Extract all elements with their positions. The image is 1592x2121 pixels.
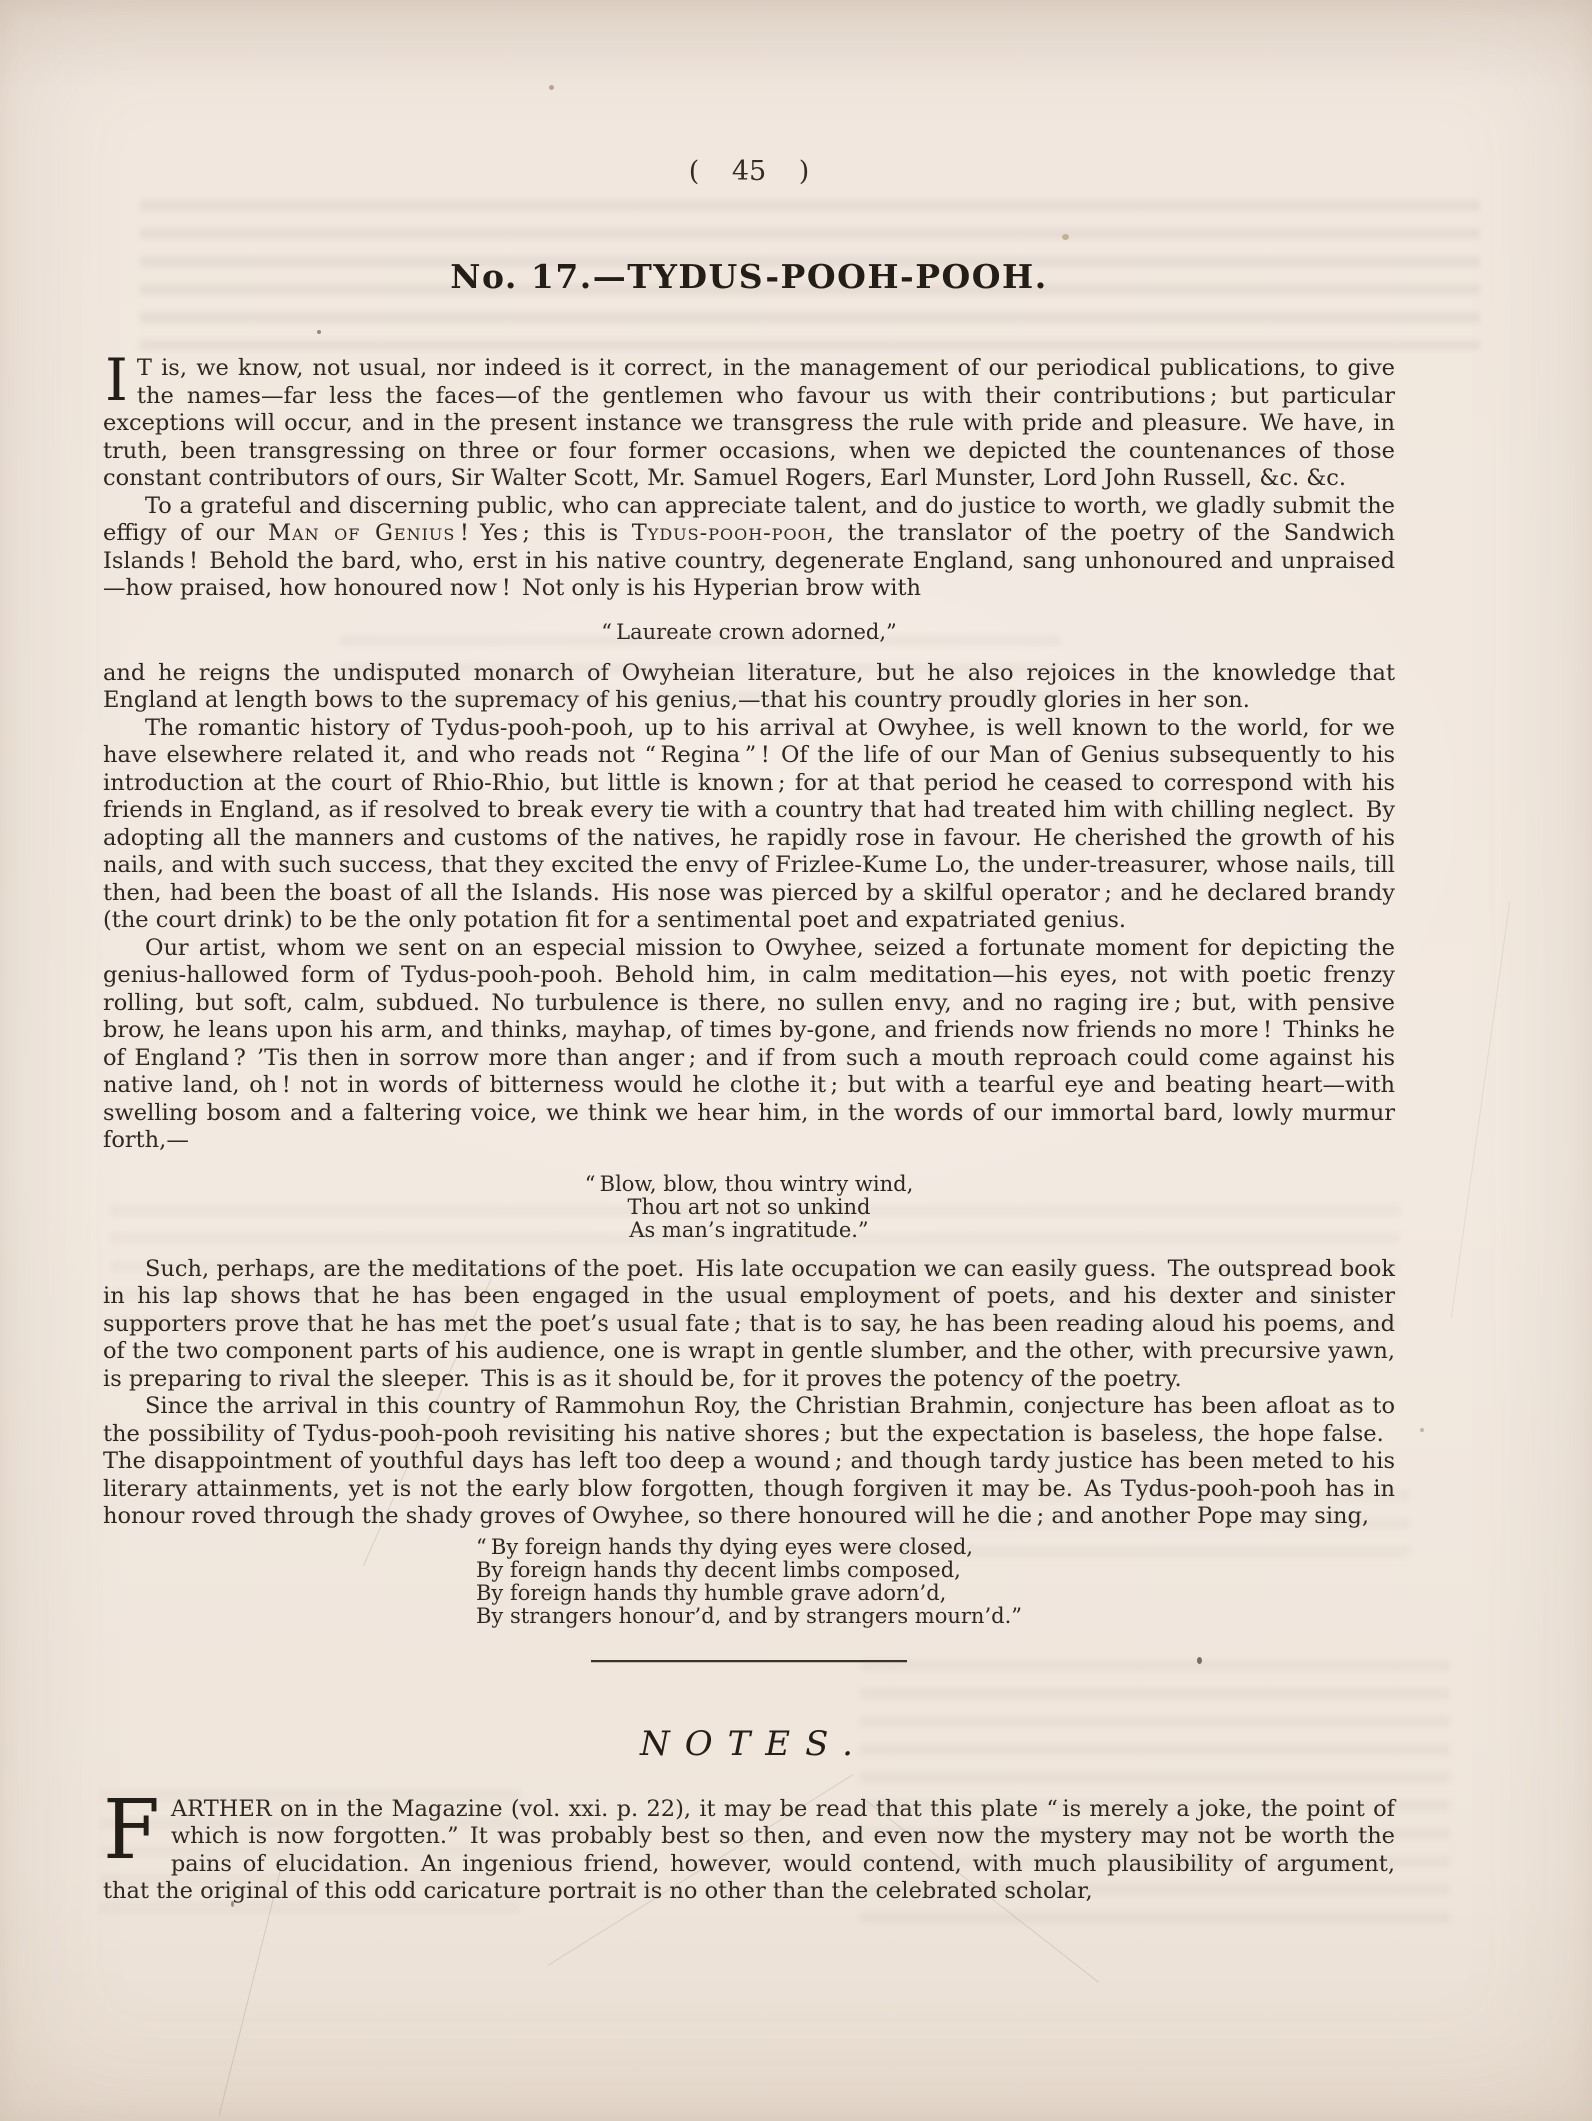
- quote-line: “ Blow, blow, thou wintry wind,: [103, 1173, 1395, 1196]
- fox-speck: [1420, 1428, 1424, 1432]
- printed-text-block: ( 45 ) No. 17.—TYDUS-POOH-POOH. IT is, w…: [103, 0, 1395, 1906]
- quote-block: “ By foreign hands thy dying eyes were c…: [476, 1536, 1022, 1628]
- paragraph-undisputed-monarch: and he reigns the undisputed monarch of …: [103, 660, 1395, 715]
- quote-laureate-crown: “ Laureate crown adorned,”: [103, 621, 1395, 644]
- paragraph-rammohun-roy: Since the arrival in this country of Ram…: [103, 1393, 1395, 1531]
- article-title: No. 17.—TYDUS-POOH-POOH.: [103, 257, 1395, 297]
- paragraph-notes: FARTHER on in the Magazine (vol. xxi. p.…: [103, 1796, 1395, 1906]
- paragraph-man-of-genius: To a grateful and discerning public, who…: [103, 493, 1395, 603]
- quote-blow-blow: “ Blow, blow, thou wintry wind, Thou art…: [103, 1173, 1395, 1242]
- quote-line: By foreign hands thy humble grave adorn’…: [476, 1582, 1022, 1605]
- quote-line: As man’s ingratitude.”: [103, 1219, 1395, 1242]
- paragraph-meditations: Such, perhaps, are the meditations of th…: [103, 1256, 1395, 1394]
- scratch-mark: [1451, 902, 1510, 1318]
- scanned-page: ( 45 ) No. 17.—TYDUS-POOH-POOH. IT is, w…: [0, 0, 1592, 2121]
- notes-heading: NOTES.: [113, 1722, 1395, 1766]
- quote-line: By foreign hands thy decent limbs compos…: [476, 1559, 1022, 1582]
- page-number: ( 45 ): [103, 156, 1395, 187]
- paragraph-our-artist: Our artist, whom we sent on an especial …: [103, 935, 1395, 1155]
- quote-line: Thou art not so unkind: [103, 1196, 1395, 1219]
- quote-line: “ Laureate crown adorned,”: [103, 621, 1395, 644]
- quote-by-foreign-hands: “ By foreign hands thy dying eyes were c…: [103, 1536, 1395, 1628]
- paragraph-intro: IT is, we know, not usual, nor indeed is…: [103, 355, 1395, 493]
- quote-line: By strangers honour’d, and by strangers …: [476, 1605, 1022, 1628]
- quote-line: “ By foreign hands thy dying eyes were c…: [476, 1536, 1022, 1559]
- section-divider-rule: [591, 1660, 907, 1662]
- paragraph-romantic-history: The romantic history of Tydus-pooh-pooh,…: [103, 715, 1395, 935]
